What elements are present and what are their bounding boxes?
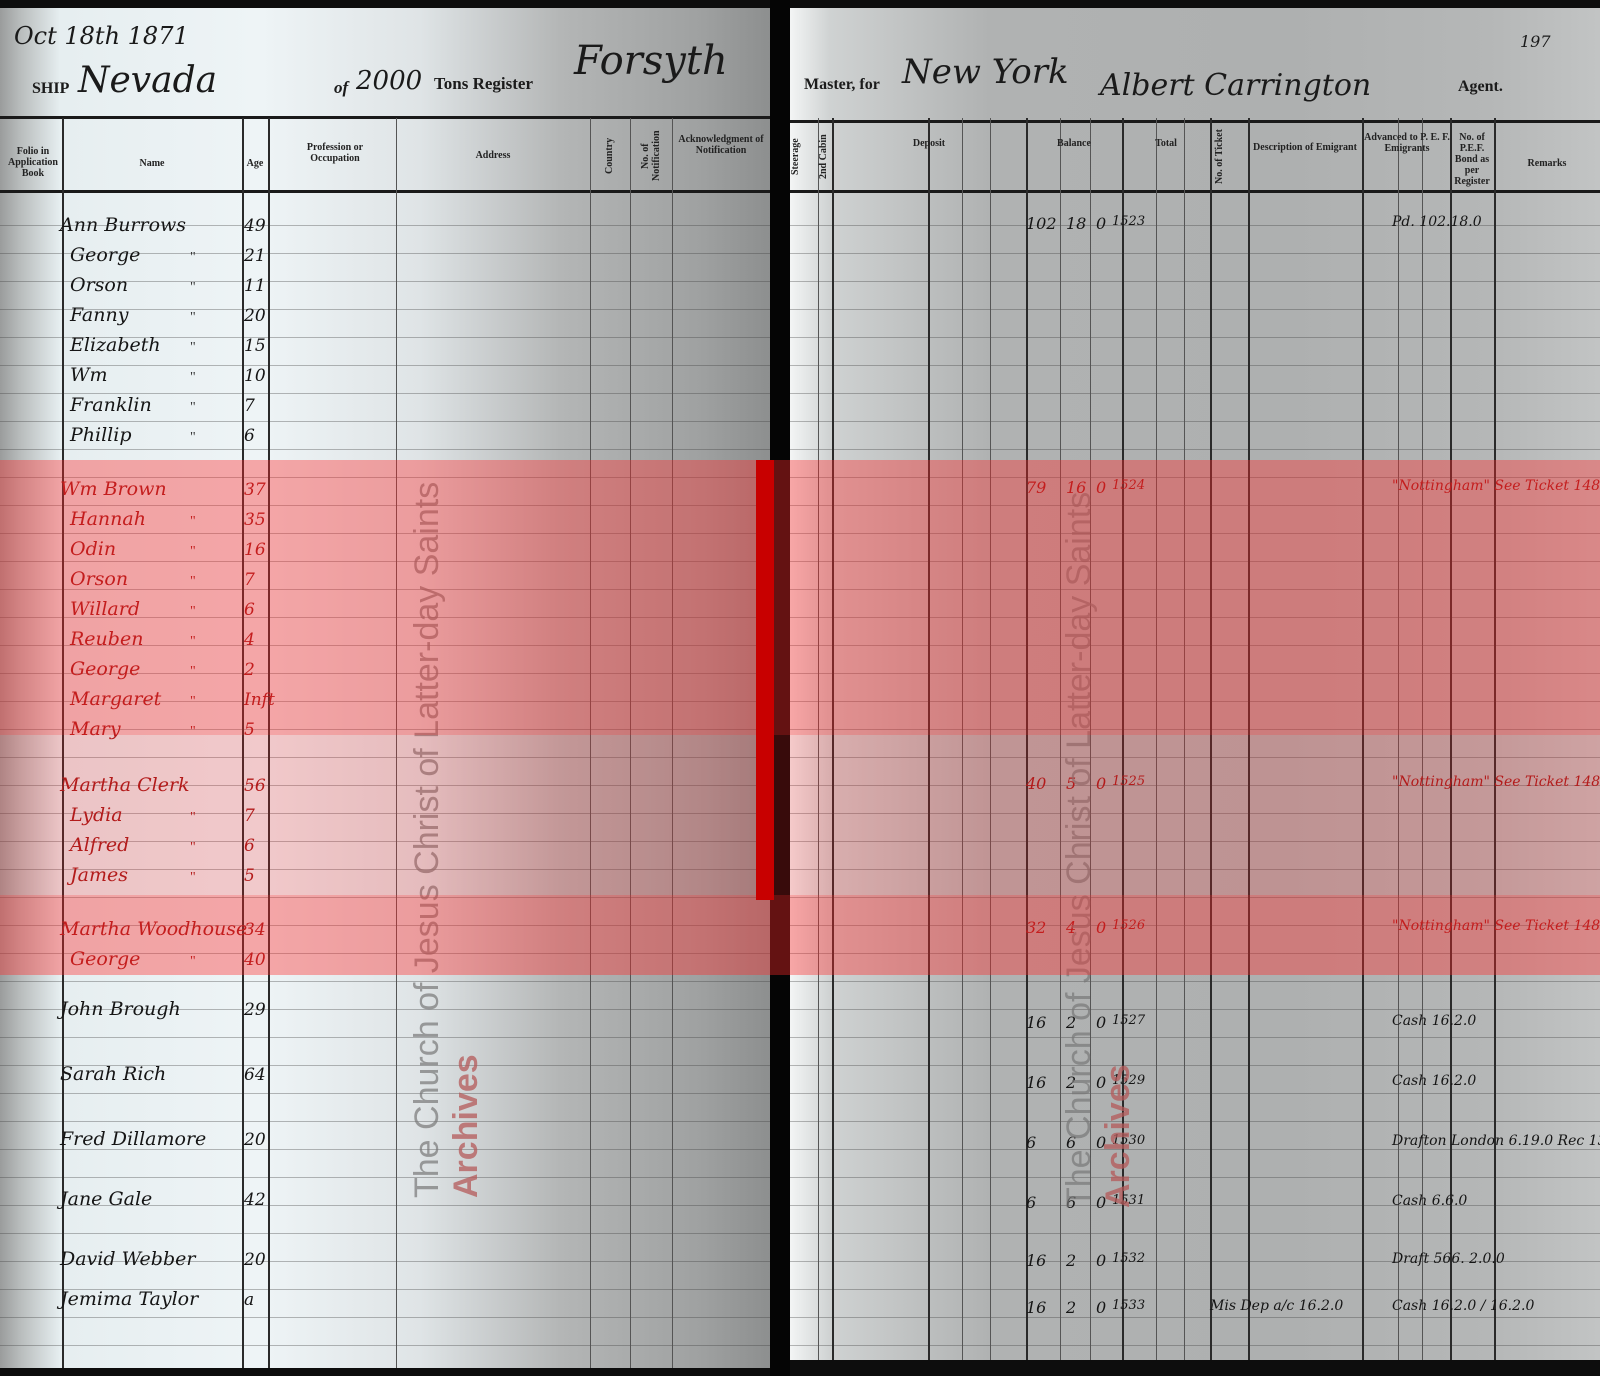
passenger-name: David Webber	[60, 1248, 195, 1270]
col-steerage: Steerage	[790, 132, 816, 182]
ditto-mark: "	[190, 574, 196, 590]
ticket-number: 1532	[1112, 1251, 1145, 1266]
col-divider	[928, 118, 930, 1360]
total-pounds: 6	[1026, 1133, 1036, 1152]
header-bottom-rule	[0, 190, 770, 193]
passenger-age: 11	[244, 276, 266, 296]
col-divider	[832, 118, 834, 1360]
passenger-name: Martha Woodhouse	[60, 918, 247, 940]
watermark-left: The Church of Jesus Christ of Latter-day…	[408, 358, 486, 1198]
ditto-mark: "	[190, 954, 196, 970]
tons-register-label: Tons Register	[434, 74, 533, 94]
col-divider	[1422, 118, 1423, 1360]
ditto-mark: "	[190, 280, 196, 296]
master-name: Forsyth	[574, 38, 728, 84]
passenger-age: 37	[244, 480, 266, 500]
passenger-age: 29	[244, 1000, 266, 1020]
ditto-mark: "	[190, 724, 196, 740]
header-bottom-rule	[790, 190, 1600, 193]
passenger-age: 15	[244, 336, 266, 356]
col-bond: No. of P.E.F. Bond as per Register	[1450, 132, 1494, 187]
passenger-age: 5	[244, 866, 255, 886]
payment-remark: Cash 16.2.0 / 16.2.0	[1392, 1298, 1534, 1314]
gutter-highlight	[756, 460, 774, 900]
total-pence: 0	[1096, 1251, 1106, 1270]
passenger-name: George	[70, 658, 140, 680]
col-age: Age	[242, 158, 268, 169]
passenger-age: 10	[244, 366, 266, 386]
col-second-cabin: 2nd Cabin	[818, 132, 832, 182]
passenger-name: Fred Dillamore	[60, 1128, 206, 1150]
register-date: Oct 18th 1871	[14, 22, 189, 50]
passenger-name: Martha Clerk	[60, 774, 190, 796]
total-pounds: 16	[1026, 1251, 1046, 1270]
passenger-age: 21	[244, 246, 266, 266]
payment-remark: Pd. 102.18.0	[1392, 214, 1482, 230]
passenger-name: Hannah	[70, 508, 146, 530]
ditto-mark: "	[190, 810, 196, 826]
ticket-number: 1523	[1112, 214, 1145, 229]
ditto-mark: "	[190, 840, 196, 856]
col-divider	[1026, 118, 1028, 1360]
payment-remark: Cash 16.2.0	[1392, 1073, 1476, 1089]
payment-remark: Drafton London 6.19.0 Rec 13.0 = 6.6.0	[1392, 1133, 1600, 1149]
passenger-age: 7	[244, 570, 255, 590]
ditto-mark: "	[190, 400, 196, 416]
passenger-name: George	[70, 244, 140, 266]
passenger-name: Wm Brown	[60, 478, 167, 500]
passenger-name: James	[70, 864, 128, 886]
passenger-name: Sarah Rich	[60, 1063, 166, 1085]
watermark-right: The Church of Jesus Christ of Latter-day…	[1060, 368, 1138, 1208]
col-divider	[1210, 118, 1212, 1360]
ditto-mark: "	[190, 370, 196, 386]
total-pounds: 102	[1026, 214, 1057, 233]
passenger-age: 6	[244, 836, 255, 856]
passenger-name: Margaret	[70, 688, 161, 710]
passenger-age: 6	[244, 600, 255, 620]
ship-label: SHIP	[32, 80, 69, 98]
passenger-name: Wm	[70, 364, 108, 386]
page-number: 197	[1520, 32, 1551, 51]
payment-remark: Cash 6.6.0	[1392, 1193, 1467, 1209]
col-folio: Folio in Application Book	[4, 146, 62, 179]
ditto-mark: "	[190, 694, 196, 710]
total-pounds: 32	[1026, 918, 1046, 937]
col-divider	[590, 118, 591, 1368]
total-pounds: 6	[1026, 1193, 1036, 1212]
col-divider	[1248, 118, 1250, 1360]
ditto-mark: "	[190, 340, 196, 356]
header-top-rule	[0, 116, 770, 119]
col-divider	[1362, 118, 1364, 1360]
col-divider	[1184, 118, 1185, 1360]
ditto-mark: "	[190, 634, 196, 650]
total-pounds: 16	[1026, 1013, 1046, 1032]
left-page: Oct 18th 1871 SHIP Nevada of 2000 Tons R…	[0, 8, 770, 1368]
total-shillings: 18	[1066, 214, 1086, 233]
col-divider	[672, 118, 673, 1368]
col-address: Address	[396, 150, 590, 161]
total-pounds: 16	[1026, 1298, 1046, 1317]
col-divider	[1398, 118, 1399, 1360]
col-name: Name	[62, 158, 242, 169]
passenger-age: 35	[244, 510, 266, 530]
col-country: Country	[604, 132, 615, 180]
col-divider	[268, 118, 270, 1368]
total-pounds: 40	[1026, 774, 1046, 793]
passenger-name: Elizabeth	[70, 334, 161, 356]
passenger-name: Mary	[70, 718, 121, 740]
passenger-age: a	[244, 1290, 254, 1310]
passenger-name: Reuben	[70, 628, 143, 650]
passenger-name: George	[70, 948, 140, 970]
col-profession: Profession or Occupation	[290, 142, 380, 164]
col-divider	[1450, 118, 1452, 1360]
ditto-mark: "	[190, 250, 196, 266]
passenger-age: 64	[244, 1065, 266, 1085]
ditto-mark: "	[190, 514, 196, 530]
payment-remark: "Nottingham" See Ticket 1488	[1392, 478, 1600, 494]
col-advanced: Advanced to P. E. F. Emigrants	[1364, 132, 1450, 154]
passenger-name: Ann Burrows	[60, 214, 186, 236]
col-ticket-no: No. of Ticket	[1214, 126, 1244, 188]
ticket-number: 1533	[1112, 1298, 1145, 1313]
passenger-age: 7	[244, 806, 255, 826]
right-page: Master, for New York Albert Carrington A…	[790, 8, 1600, 1360]
passenger-age: 20	[244, 306, 266, 326]
passenger-name: Jemima Taylor	[60, 1288, 198, 1310]
passenger-age: 20	[244, 1130, 266, 1150]
col-divider	[1494, 118, 1496, 1360]
ditto-mark: "	[190, 604, 196, 620]
ditto-mark: "	[190, 310, 196, 326]
destination: New York	[902, 52, 1069, 92]
payment-remark: "Nottingham" See Ticket 1488	[1392, 774, 1600, 790]
payment-remark: Cash 16.2.0	[1392, 1013, 1476, 1029]
passenger-age: 4	[244, 630, 255, 650]
tonnage: 2000	[356, 66, 422, 96]
passenger-name: Fanny	[70, 304, 128, 326]
col-divider	[962, 118, 963, 1360]
col-remarks: Remarks	[1494, 158, 1600, 169]
col-divider	[990, 118, 991, 1360]
total-shillings: 2	[1066, 1251, 1076, 1270]
of-label: of	[334, 78, 348, 98]
total-pence: 0	[1096, 1298, 1106, 1317]
passenger-age: 34	[244, 920, 266, 940]
col-description: Description of Emigrant	[1252, 142, 1358, 153]
col-total: Total	[1122, 138, 1210, 149]
master-label: Master, for	[804, 76, 880, 94]
payment-remark: "Nottingham" See Ticket 1488	[1392, 918, 1600, 934]
passenger-age: 20	[244, 1250, 266, 1270]
ditto-mark: "	[190, 664, 196, 680]
passenger-age: 49	[244, 216, 266, 236]
col-divider	[630, 118, 631, 1368]
passenger-name: Willard	[70, 598, 140, 620]
passenger-name: Phillip	[70, 424, 132, 446]
passenger-age: 42	[244, 1190, 266, 1210]
passenger-age: 56	[244, 776, 266, 796]
passenger-age: 2	[244, 660, 255, 680]
col-acknowledgement: Acknowledgment of Notification	[676, 134, 766, 156]
passenger-age: 7	[244, 396, 255, 416]
col-balance: Balance	[1026, 138, 1122, 149]
passenger-name: Orson	[70, 568, 128, 590]
passenger-age: 6	[244, 426, 255, 446]
passenger-age: 5	[244, 720, 255, 740]
passenger-name: Odin	[70, 538, 116, 560]
ditto-mark: "	[190, 544, 196, 560]
passenger-age: 40	[244, 950, 266, 970]
col-divider	[818, 118, 819, 1360]
agent-name: Albert Carrington	[1100, 68, 1371, 103]
col-divider	[396, 118, 397, 1368]
total-pounds: 16	[1026, 1073, 1046, 1092]
footnote: Mis Dep a/c 16.2.0	[1210, 1298, 1343, 1314]
col-deposit: Deposit	[832, 138, 1026, 149]
total-shillings: 2	[1066, 1298, 1076, 1317]
ditto-mark: "	[190, 430, 196, 446]
header-top-rule	[790, 120, 1600, 123]
payment-remark: Draft 566. 2.0.0	[1392, 1251, 1505, 1267]
passenger-name: Alfred	[70, 834, 129, 856]
agent-label: Agent.	[1458, 78, 1503, 96]
passenger-name: Orson	[70, 274, 128, 296]
col-notification-no: No. of Notification	[640, 126, 664, 186]
passenger-name: Franklin	[70, 394, 152, 416]
col-divider	[62, 118, 64, 1368]
passenger-name: Jane Gale	[60, 1188, 152, 1210]
col-divider	[1156, 118, 1157, 1360]
passenger-age: Inft	[244, 690, 275, 710]
total-pounds: 79	[1026, 478, 1046, 497]
passenger-name: John Brough	[60, 998, 181, 1020]
ship-name: Nevada	[78, 60, 217, 101]
ditto-mark: "	[190, 870, 196, 886]
passenger-name: Lydia	[70, 804, 123, 826]
passenger-age: 16	[244, 540, 266, 560]
total-pence: 0	[1096, 214, 1106, 233]
